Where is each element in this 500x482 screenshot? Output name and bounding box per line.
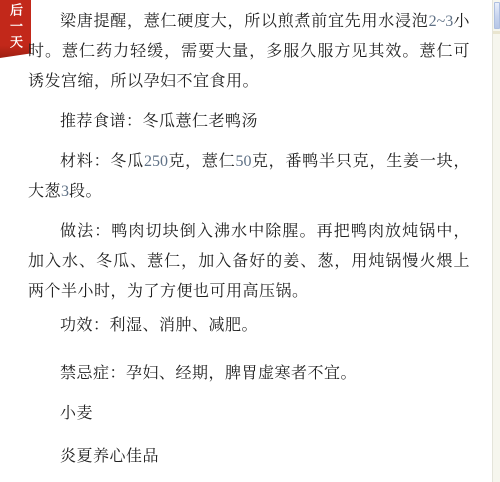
paragraph: 推荐食谱：冬瓜薏仁老鸭汤 [28,107,470,137]
article-body: 梁唐提醒，薏仁硬度大，所以煎煮前宜先用水浸泡2~3小时。薏仁药力轻缓，需要大量，… [28,0,470,482]
paragraph: 梁唐提醒，薏仁硬度大，所以煎煮前宜先用水浸泡2~3小时。薏仁药力轻缓，需要大量，… [28,7,470,97]
body-text: 梁唐提醒，薏仁硬度大，所以煎煮前宜先用水浸泡 [60,13,429,30]
body-text: 做法：鸭肉切块倒入沸水中除腥。再把鸭肉放炖锅中，加入水、冬瓜、薏仁，加入备好的姜… [28,223,470,300]
numeric-text: 3 [61,183,69,200]
body-text: 推荐食谱：冬瓜薏仁老鸭汤 [60,113,258,130]
numeric-text: 50 [236,153,252,170]
next-day-tab[interactable]: 后一天 [0,0,31,58]
next-day-tab-label: 后一天 [9,3,22,58]
paragraph: 禁忌症：孕妇、经期，脾胃虚寒者不宜。 [28,359,470,389]
body-text: 段。 [69,183,102,200]
paragraph: 材料：冬瓜250克，薏仁50克，番鸭半只克，生姜一块，大葱3段。 [28,147,470,207]
paragraph: 小麦 [28,399,470,429]
body-text: 禁忌症：孕妇、经期，脾胃虚寒者不宜。 [60,365,357,382]
numeric-text: 250 [144,153,168,170]
numeric-text: 2~3 [429,13,454,30]
body-text: 小麦 [60,405,93,422]
scrollbar[interactable] [492,0,500,482]
reader-page: 后一天 梁唐提醒，薏仁硬度大，所以煎煮前宜先用水浸泡2~3小时。薏仁药力轻缓，需… [0,0,500,482]
paragraph: 功效：利湿、消肿、减肥。 [28,311,470,341]
body-text: 功效：利湿、消肿、减肥。 [60,317,258,334]
scrollbar-thumb[interactable] [494,2,500,29]
body-text: 克，薏仁 [168,153,236,170]
paragraph: 炎夏养心佳品 [28,442,470,472]
body-text: 材料：冬瓜 [60,153,144,170]
scrollbar-divider [493,31,500,34]
paragraph: 做法：鸭肉切块倒入沸水中除腥。再把鸭肉放炖锅中，加入水、冬瓜、薏仁，加入备好的姜… [28,217,470,307]
body-text: 炎夏养心佳品 [60,448,159,465]
